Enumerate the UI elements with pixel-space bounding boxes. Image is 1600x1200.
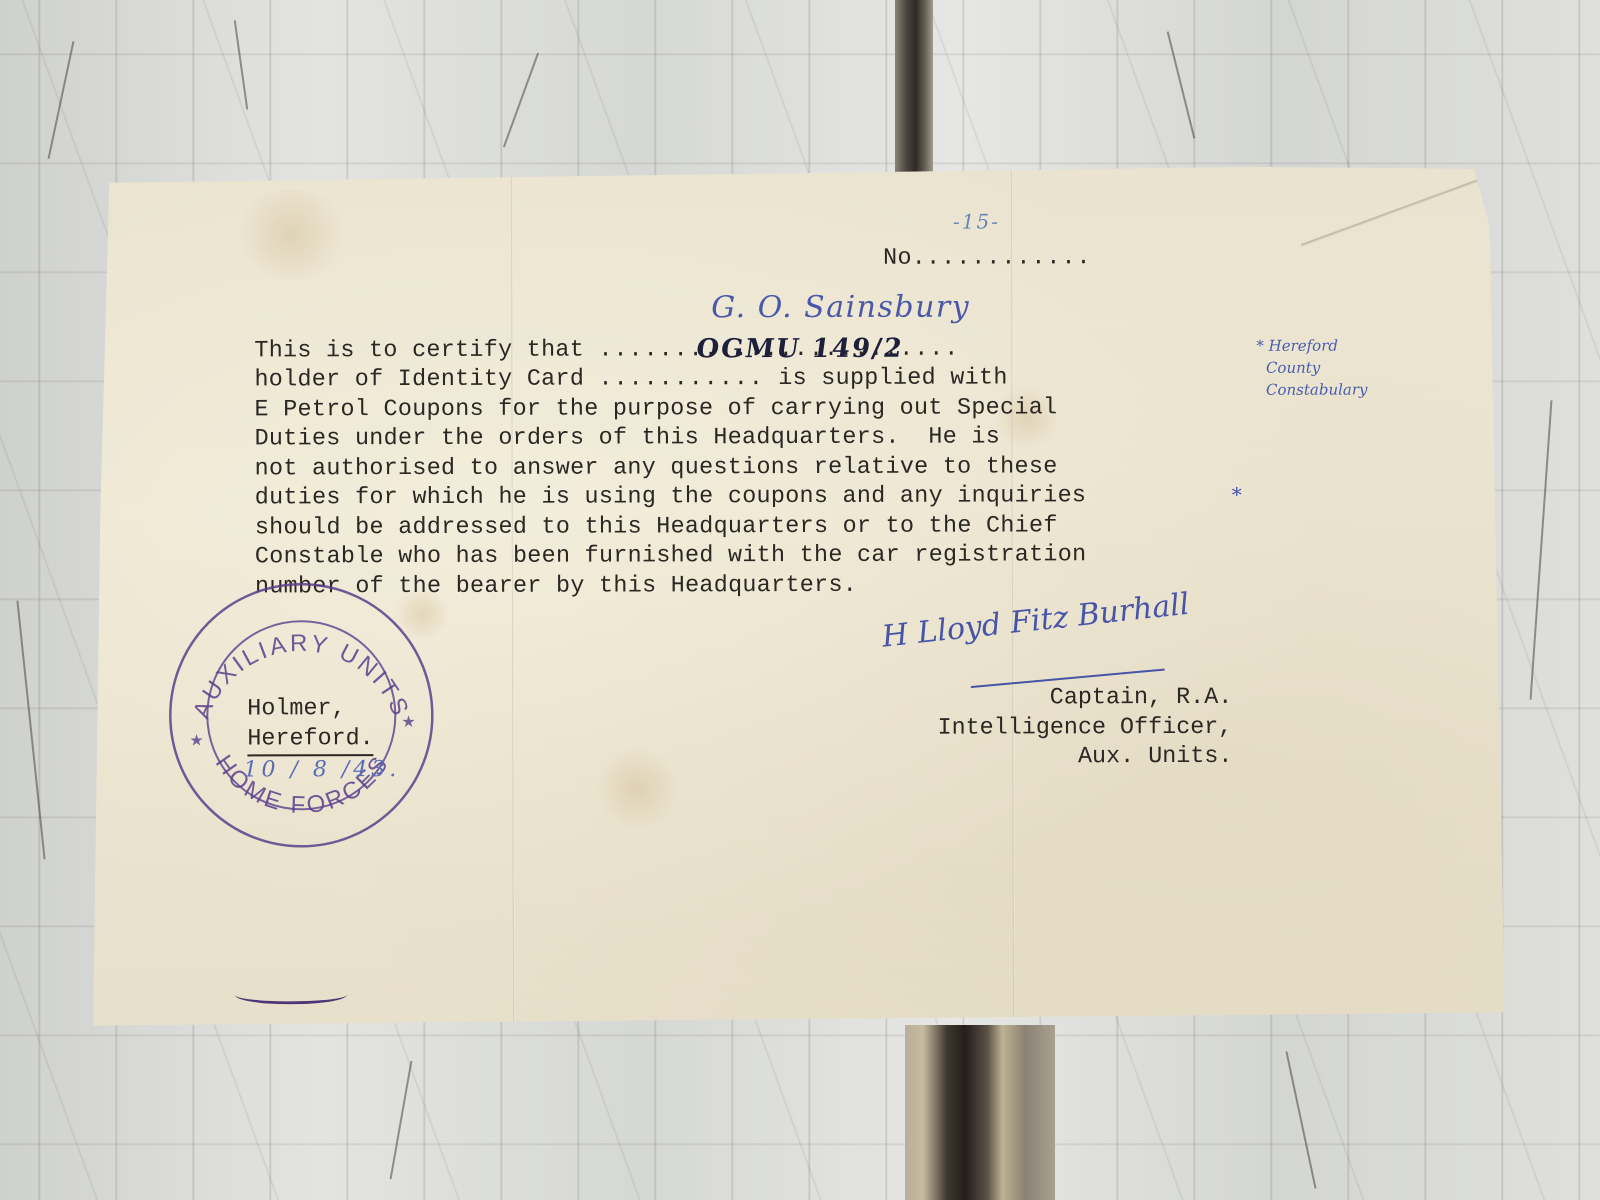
stamp-place-line-1: Holmer, (247, 695, 373, 725)
id-card-dots: ........... (598, 366, 763, 392)
handwritten-holder-name: G. O. Sainsbury (711, 290, 970, 326)
handwritten-document-number: -15- (953, 209, 1000, 233)
document-number-field: No............ (883, 244, 1091, 274)
stamp-place-line-2: Hereford. (247, 725, 373, 757)
number-label: No. (883, 246, 926, 272)
body-line-7: should be addressed to this Headquarters… (255, 512, 1087, 544)
certificate-paper: -15- No............ This is to certify t… (91, 166, 1513, 1030)
body-line-2: holder of Identity Card ........... is s… (254, 364, 1086, 396)
star-icon: ★ (189, 731, 203, 750)
stamp-date: 10 / 8 /43. (243, 757, 400, 782)
handwritten-margin-note: * Hereford County Constabulary (1256, 335, 1367, 401)
signatory-title: Intelligence Officer, (872, 713, 1232, 743)
handwritten-identity-card-number: OGMU 149/2 (694, 334, 905, 365)
auxiliary-units-stamp: AUXILIARY UNITS HOME FORCES ★ ★ Holmer,H… (165, 579, 438, 852)
body-line-3: E Petrol Coupons for the purpose of carr… (254, 394, 1086, 426)
paper-stain (592, 748, 682, 828)
wood-plank-gap (905, 1025, 1055, 1200)
purple-ink-stroke (235, 985, 347, 1004)
wood-plank-gap (895, 0, 933, 175)
stamp-place: Holmer,Hereford. (247, 695, 374, 756)
signatory-unit: Aux. Units. (872, 743, 1232, 773)
star-icon: ★ (401, 712, 415, 731)
signatory-rank: Captain, R.A. (872, 684, 1232, 714)
body-line-4: Duties under the orders of this Headquar… (255, 423, 1087, 455)
paper-stain (231, 189, 351, 279)
handwritten-asterisk: * (1232, 483, 1242, 507)
signature-block: Captain, R.A. Intelligence Officer, Aux.… (872, 684, 1232, 773)
body-line-6: duties for which he is using the coupons… (255, 482, 1087, 514)
body-line-5: not authorised to answer any questions r… (255, 453, 1087, 485)
number-dots: ........... (926, 245, 1091, 271)
body-line-8: Constable who has been furnished with th… (255, 541, 1087, 573)
body-line-1: This is to certify that ................… (254, 335, 1086, 367)
